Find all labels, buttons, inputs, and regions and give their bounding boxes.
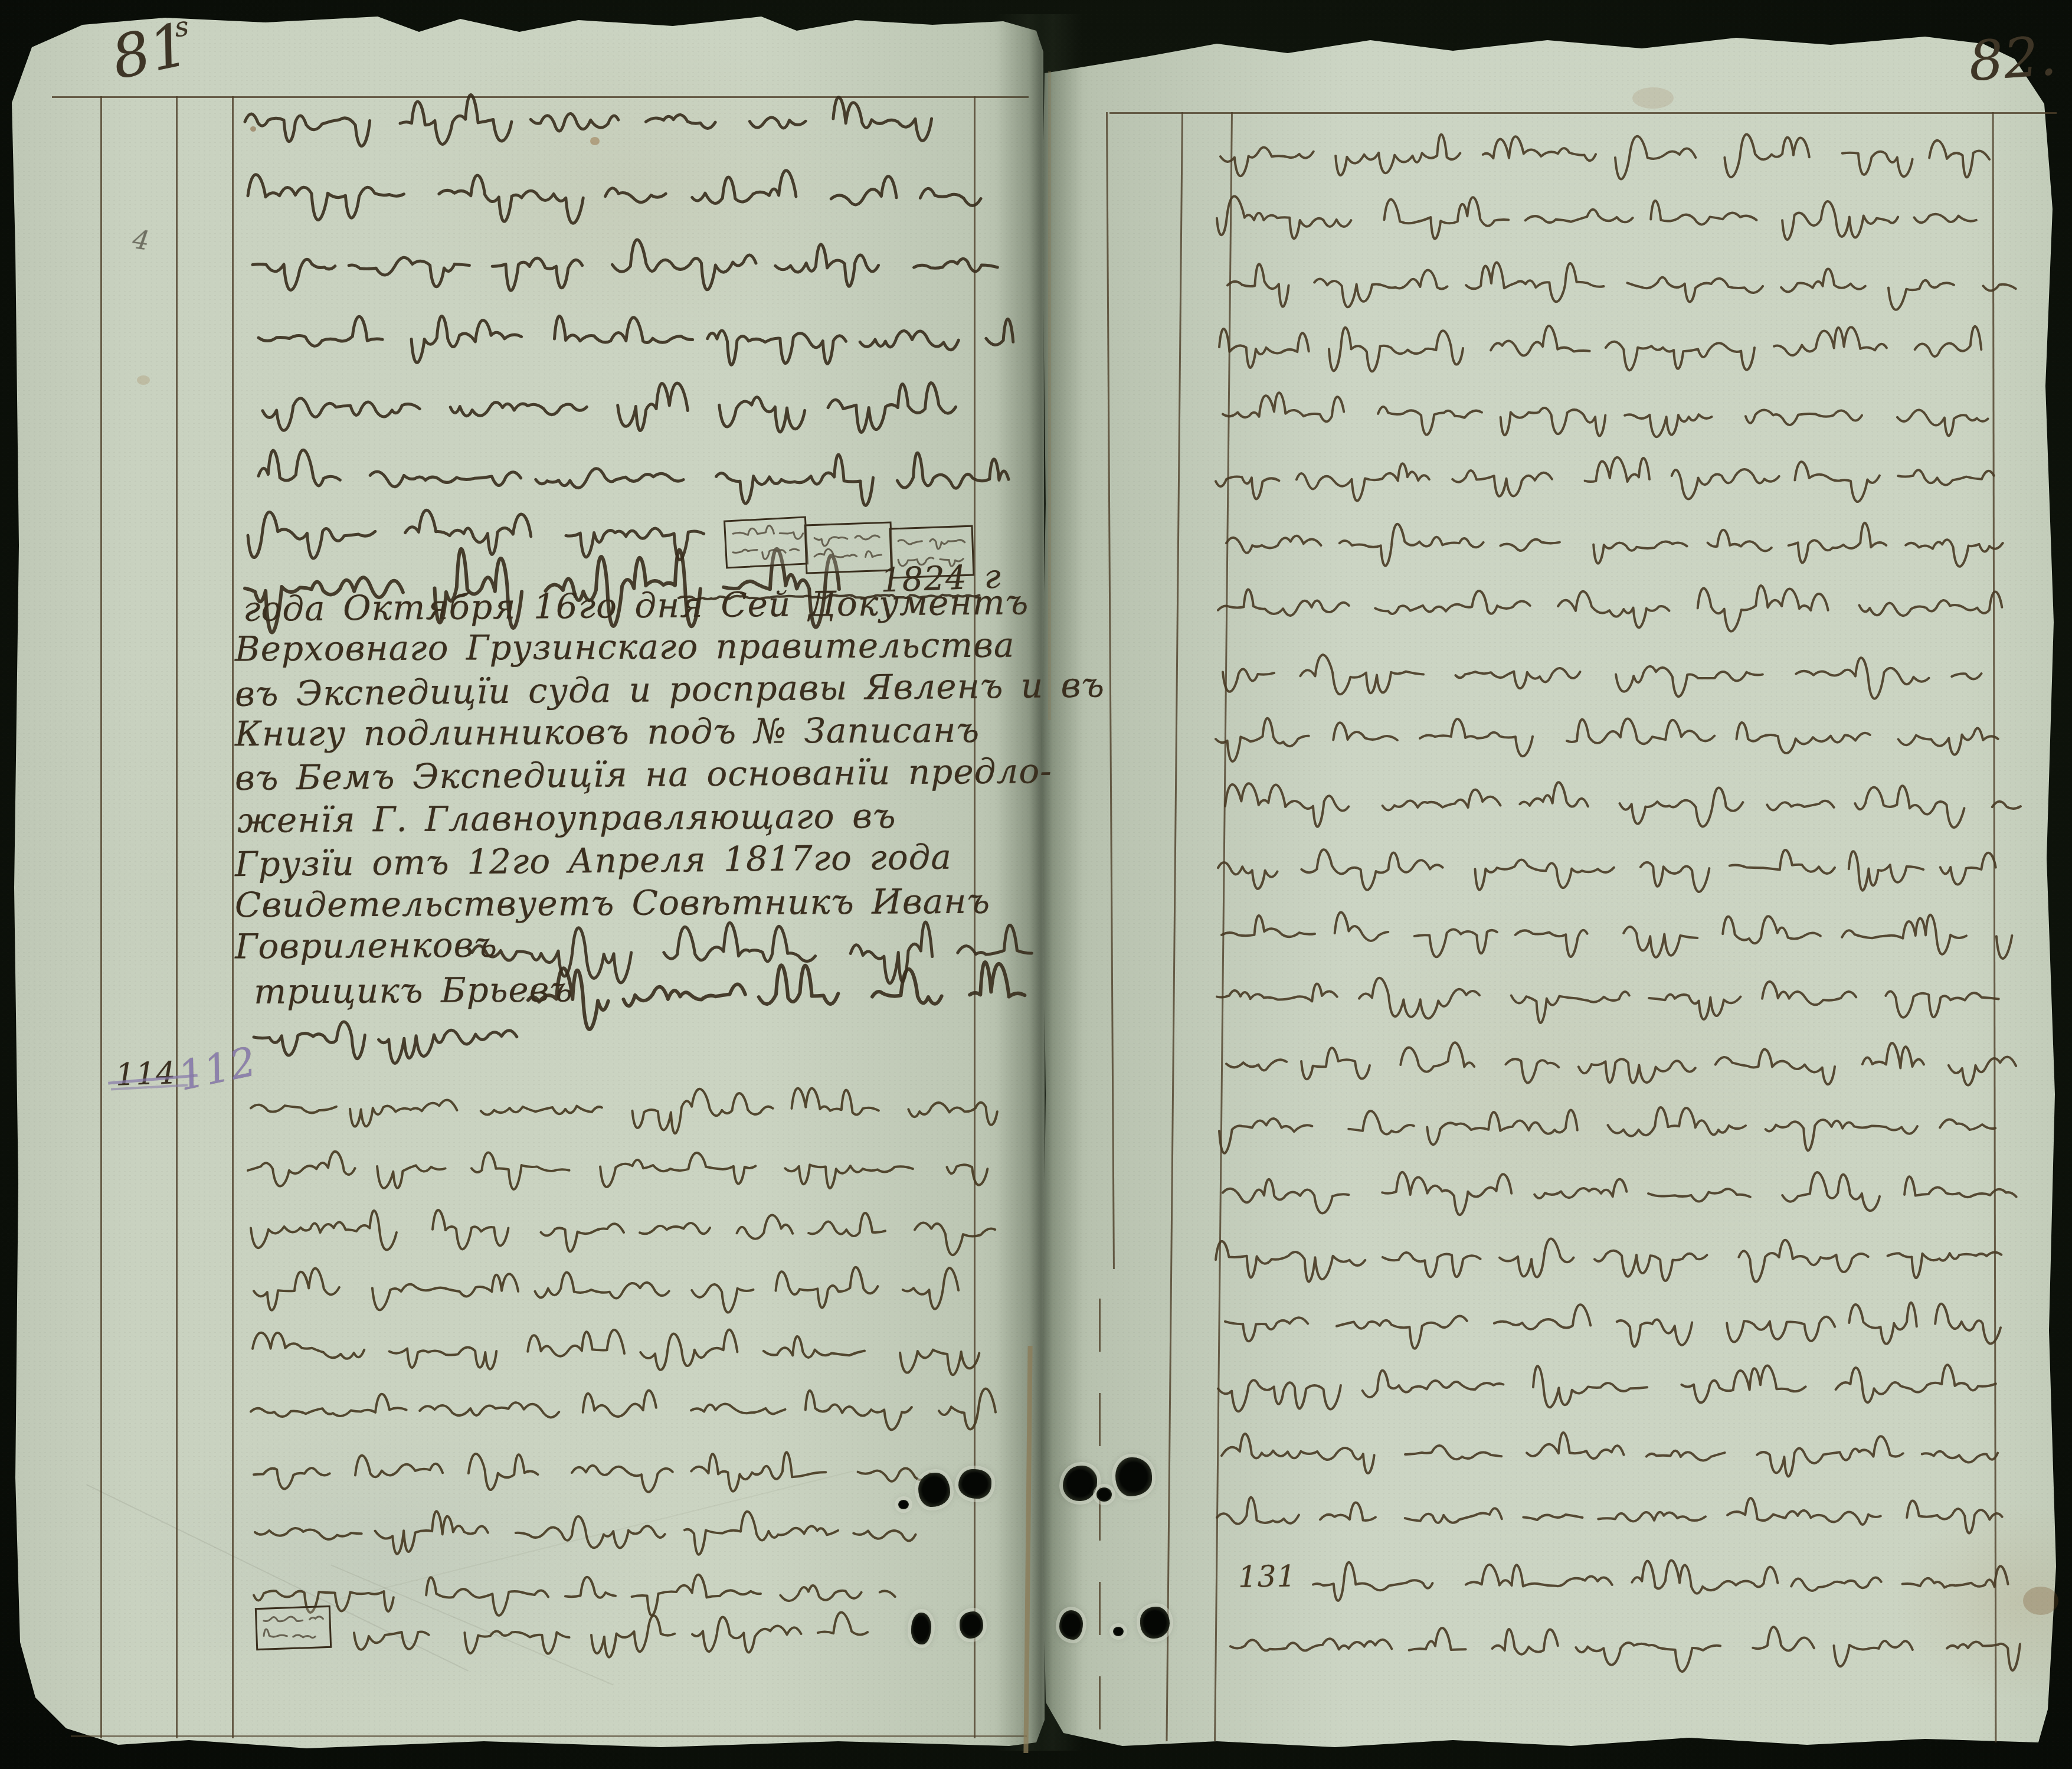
book-photo: 81 s 82. 114 112 4 131 1824 г года Октяб…	[0, 0, 2072, 1769]
russian-note-line: Верховнаго Грузинскаго правительства	[235, 625, 1015, 669]
ruled-margin-line	[100, 96, 102, 1738]
wormhole	[1063, 1466, 1097, 1501]
wormhole	[1096, 1487, 1112, 1502]
russian-note-line: Говриленковъ	[235, 924, 497, 966]
ruled-margin-line	[176, 96, 178, 1738]
wormhole	[958, 1469, 991, 1499]
ruled-head-line	[1109, 112, 2057, 114]
russian-note-line: Грузїи отъ 12го Апреля 1817го года	[235, 837, 952, 885]
ruled-foot-line	[71, 1735, 1027, 1737]
ruled-margin-line	[232, 96, 234, 1738]
wormhole	[1115, 1457, 1152, 1496]
stamp-box	[255, 1605, 332, 1650]
ruled-head-line	[52, 96, 1029, 98]
stamp-box	[724, 516, 808, 568]
russian-note-line: Свидетельствуетъ Совѣтникъ Иванъ	[235, 881, 990, 926]
russian-note-line: года Октября 16го дня Сей Документъ	[243, 582, 1029, 629]
russian-note-line: Книгу подлинниковъ подъ № Записанъ	[235, 710, 980, 754]
wormhole	[1113, 1627, 1124, 1636]
wormhole	[1059, 1610, 1083, 1640]
russian-note-line: женїя Г. Главноуправляющаго въ	[237, 796, 896, 841]
entry-number-131: 131	[1238, 1559, 1297, 1594]
right-page	[1040, 32, 2061, 1751]
wormhole	[911, 1613, 931, 1644]
russian-note-line: трицикъ Брьевъ	[254, 969, 574, 1012]
russian-note-line: въ Бемъ Экспедицїя на основанїи предло-	[235, 751, 1052, 798]
page-number-left-superscript: s	[173, 10, 191, 43]
gutter-fold-line	[1048, 71, 1051, 720]
wormhole	[898, 1500, 909, 1509]
wormhole	[960, 1611, 983, 1639]
page-number-right: 82.	[1966, 24, 2058, 93]
ruled-margin-line	[1099, 1299, 1101, 1741]
wormhole	[918, 1473, 950, 1507]
wormhole	[1140, 1607, 1170, 1639]
